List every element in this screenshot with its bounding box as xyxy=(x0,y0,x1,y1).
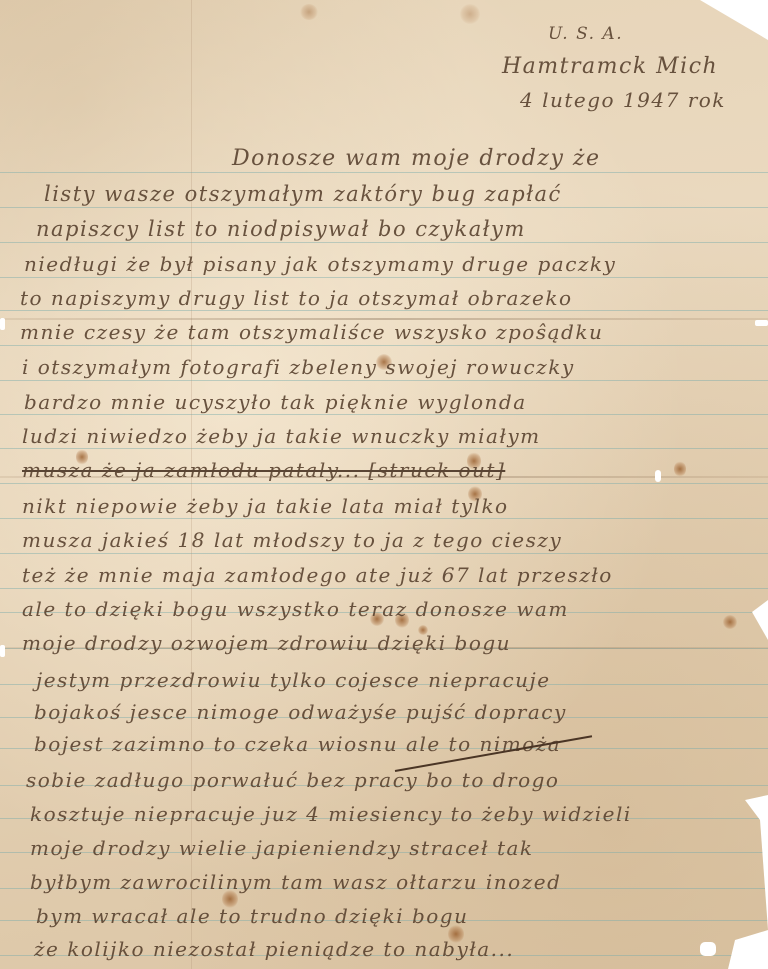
header-date: 4 lutego 1947 rok xyxy=(520,88,726,112)
stain-spot xyxy=(723,615,737,629)
ruled-line xyxy=(0,345,768,346)
letter-line: sobie zadługo porwałuć bez pracy bo to d… xyxy=(26,768,559,792)
struck-letter-line: musza że ja zamłodu pataly... [struck ou… xyxy=(22,458,505,482)
ruled-line xyxy=(0,172,768,173)
letter-line: i otszymałym fotografi zbeleny swojej ro… xyxy=(22,355,575,379)
letter-line: byłbym zawrocilinym tam wasz ołtarzu ino… xyxy=(30,870,561,894)
letter-page: U. S. A. Hamtramck Mich 4 lutego 1947 ro… xyxy=(0,0,768,969)
letter-line: napiszcy list to niodpisywał bo czykałym xyxy=(36,217,526,241)
letter-line: moje drodzy wielie japieniendzy straceł … xyxy=(30,836,534,860)
letter-line: kosztuje niepracuje juz 4 miesiency to ż… xyxy=(30,802,632,826)
letter-line: Donosze wam moje drodzy że xyxy=(232,146,600,171)
paper-hole xyxy=(0,645,5,657)
ruled-line xyxy=(0,518,768,519)
stain-spot xyxy=(300,4,318,20)
letter-line: ludzi niwiedzo żeby ja takie wnuczky mia… xyxy=(22,424,541,448)
ruled-line xyxy=(0,242,768,243)
paper-hole xyxy=(700,942,716,956)
ruled-line xyxy=(0,310,768,311)
ruled-line xyxy=(0,588,768,589)
letter-line: też że mnie maja zamłodego ate już 67 la… xyxy=(22,563,613,587)
ruled-line xyxy=(0,553,768,554)
letter-line: to napiszymy drugy list to ja otszymał o… xyxy=(20,286,573,310)
letter-line: że kolijko niezostał pieniądze to nabyła… xyxy=(34,937,514,961)
header-country: U. S. A. xyxy=(548,24,623,44)
ruled-line xyxy=(0,277,768,278)
paper-hole xyxy=(0,318,5,330)
letter-line: jestym przezdrowiu tylko cojesce nieprac… xyxy=(36,668,551,692)
letter-line: bym wracał ale to trudno dzięki bogu xyxy=(36,904,468,928)
ruled-line xyxy=(0,448,768,449)
ruled-line xyxy=(0,483,768,484)
ruled-line xyxy=(0,414,768,415)
paper-hole xyxy=(755,320,768,326)
ruled-line xyxy=(0,207,768,208)
letter-line: musza jakieś 18 lat młodszy to ja z tego… xyxy=(22,528,562,552)
letter-line: bojakoś jesce nimoge odważyśe pujść dopr… xyxy=(34,700,567,724)
letter-line: niedługi że był pisany jak otszymamy dru… xyxy=(24,252,616,276)
header-city: Hamtramck Mich xyxy=(502,54,718,79)
stain-spot xyxy=(674,461,686,477)
letter-line: listy wasze otszymałym zaktóry bug zapła… xyxy=(44,182,562,206)
letter-line: bojest zazimno to czeka wiosnu ale to ni… xyxy=(34,732,561,756)
letter-line: nikt niepowie żeby ja takie lata miał ty… xyxy=(22,494,509,518)
letter-line: moje drodzy ozwojem zdrowiu dzięki bogu xyxy=(22,631,511,655)
paper-hole xyxy=(755,800,768,814)
letter-line: mnie czesy że tam otszymaliśce wszysko z… xyxy=(20,320,603,344)
letter-line: ale to dzięki bogu wszystko teraz donosz… xyxy=(22,597,569,621)
stain-spot xyxy=(460,4,480,24)
letter-line: bardzo mnie ucyszyło tak pięknie wyglond… xyxy=(24,390,527,414)
paper-hole xyxy=(655,470,661,482)
ruled-line xyxy=(0,380,768,381)
